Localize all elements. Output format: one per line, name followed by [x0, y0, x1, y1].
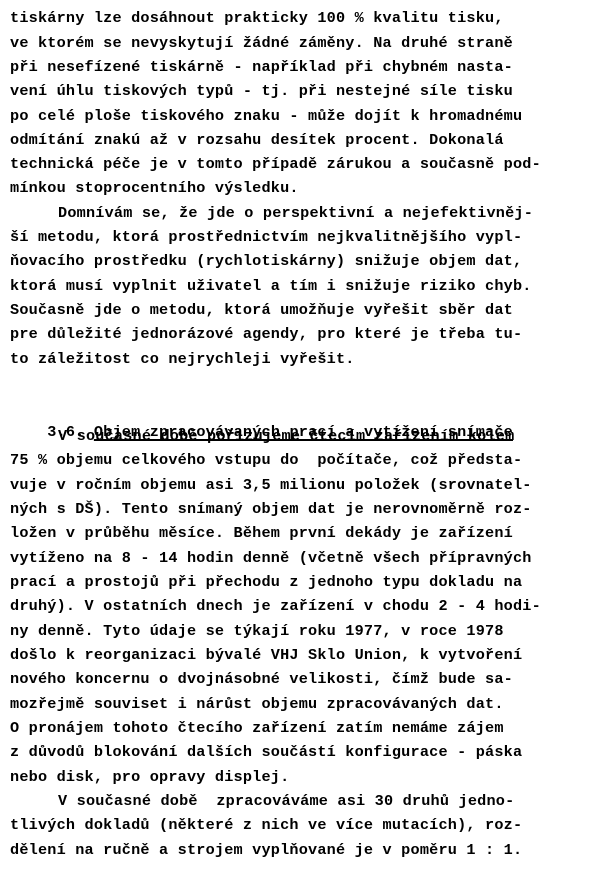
p4-line-2: tlivých dokladů (některé z nich ve více …	[10, 815, 522, 835]
p3-line-5: ložen v průběhu měsíce. Během první deká…	[10, 523, 513, 543]
p2-line-5: Současně jde o metodu, ktorá umožňuje vy…	[10, 300, 513, 320]
p2-line-1: Domnívám se, že jde o perspektivní a nej…	[58, 203, 533, 223]
scanned-document-page: tiskárny lze dosáhnout prakticky 100 % k…	[0, 0, 596, 884]
p1-line-5: po celé ploše tiskového znaku - může doj…	[10, 106, 522, 126]
section-heading: 3.6. Objem zpracovávaných prací a vytíže…	[10, 402, 513, 422]
p1-line-4: vení úhlu tiskových typů - tj. při neste…	[10, 81, 513, 101]
p1-line-6: odmítání znakú až v rozsahu desítek proc…	[10, 130, 504, 150]
p4-line-1: V současné době zpracováváme asi 30 druh…	[58, 791, 514, 811]
p3-line-7: prací a prostojů při přechodu z jednoho …	[10, 572, 522, 592]
p1-line-3: při nesefízené tiskárně - například při …	[10, 57, 513, 77]
p3-line-9: ny denně. Tyto údaje se týkají roku 1977…	[10, 621, 504, 641]
p3-line-12: mozřejmě souviset i nárůst objemu zpraco…	[10, 694, 504, 714]
p3-line-1: V současné době pořizujeme čtecím zaříze…	[58, 426, 514, 446]
p1-line-7: technická péče je v tomto případě záruko…	[10, 154, 541, 174]
p2-line-6: pre důležité jednorázové agendy, pro kte…	[10, 324, 522, 344]
p4-line-3: dělení na ručně a strojem vyplňované je …	[10, 840, 522, 860]
p3-line-10: došlo k reorganizaci bývalé VHJ Sklo Uni…	[10, 645, 522, 665]
p1-line-2: ve ktorém se nevyskytují žádné záměny. N…	[10, 33, 513, 53]
p3-line-13: O pronájem tohoto čtecího zařízení zatím…	[10, 718, 504, 738]
p3-line-4: ných s DŠ). Tento snímaný objem dat je n…	[10, 499, 532, 519]
p2-line-3: ňovacího prostředku (rychlotiskárny) sni…	[10, 251, 522, 271]
p3-line-11: nového koncernu o dvojnásobné velikosti,…	[10, 669, 513, 689]
p2-line-4: ktorá musí vyplnit uživatel a tím i sniž…	[10, 276, 532, 296]
p3-line-3: vuje v ročním objemu asi 3,5 milionu pol…	[10, 475, 532, 495]
p2-line-2: ší metodu, ktorá prostřednictvím nejkval…	[10, 227, 522, 247]
p3-line-8: druhý). V ostatních dnech je zařízení v …	[10, 596, 541, 616]
p1-line-8: mínkou stoprocentního výsledku.	[10, 178, 299, 198]
p2-line-7: to záležitost co nejrychleji vyřešit.	[10, 349, 355, 369]
p3-line-14: z důvodů blokování dalších součástí konf…	[10, 742, 522, 762]
p3-line-6: vytíženo na 8 - 14 hodin denně (včetně v…	[10, 548, 532, 568]
p3-line-15: nebo disk, pro opravy displej.	[10, 767, 289, 787]
p3-line-2: 75 % objemu celkového vstupu do počítače…	[10, 450, 522, 470]
p1-line-1: tiskárny lze dosáhnout prakticky 100 % k…	[10, 8, 504, 28]
